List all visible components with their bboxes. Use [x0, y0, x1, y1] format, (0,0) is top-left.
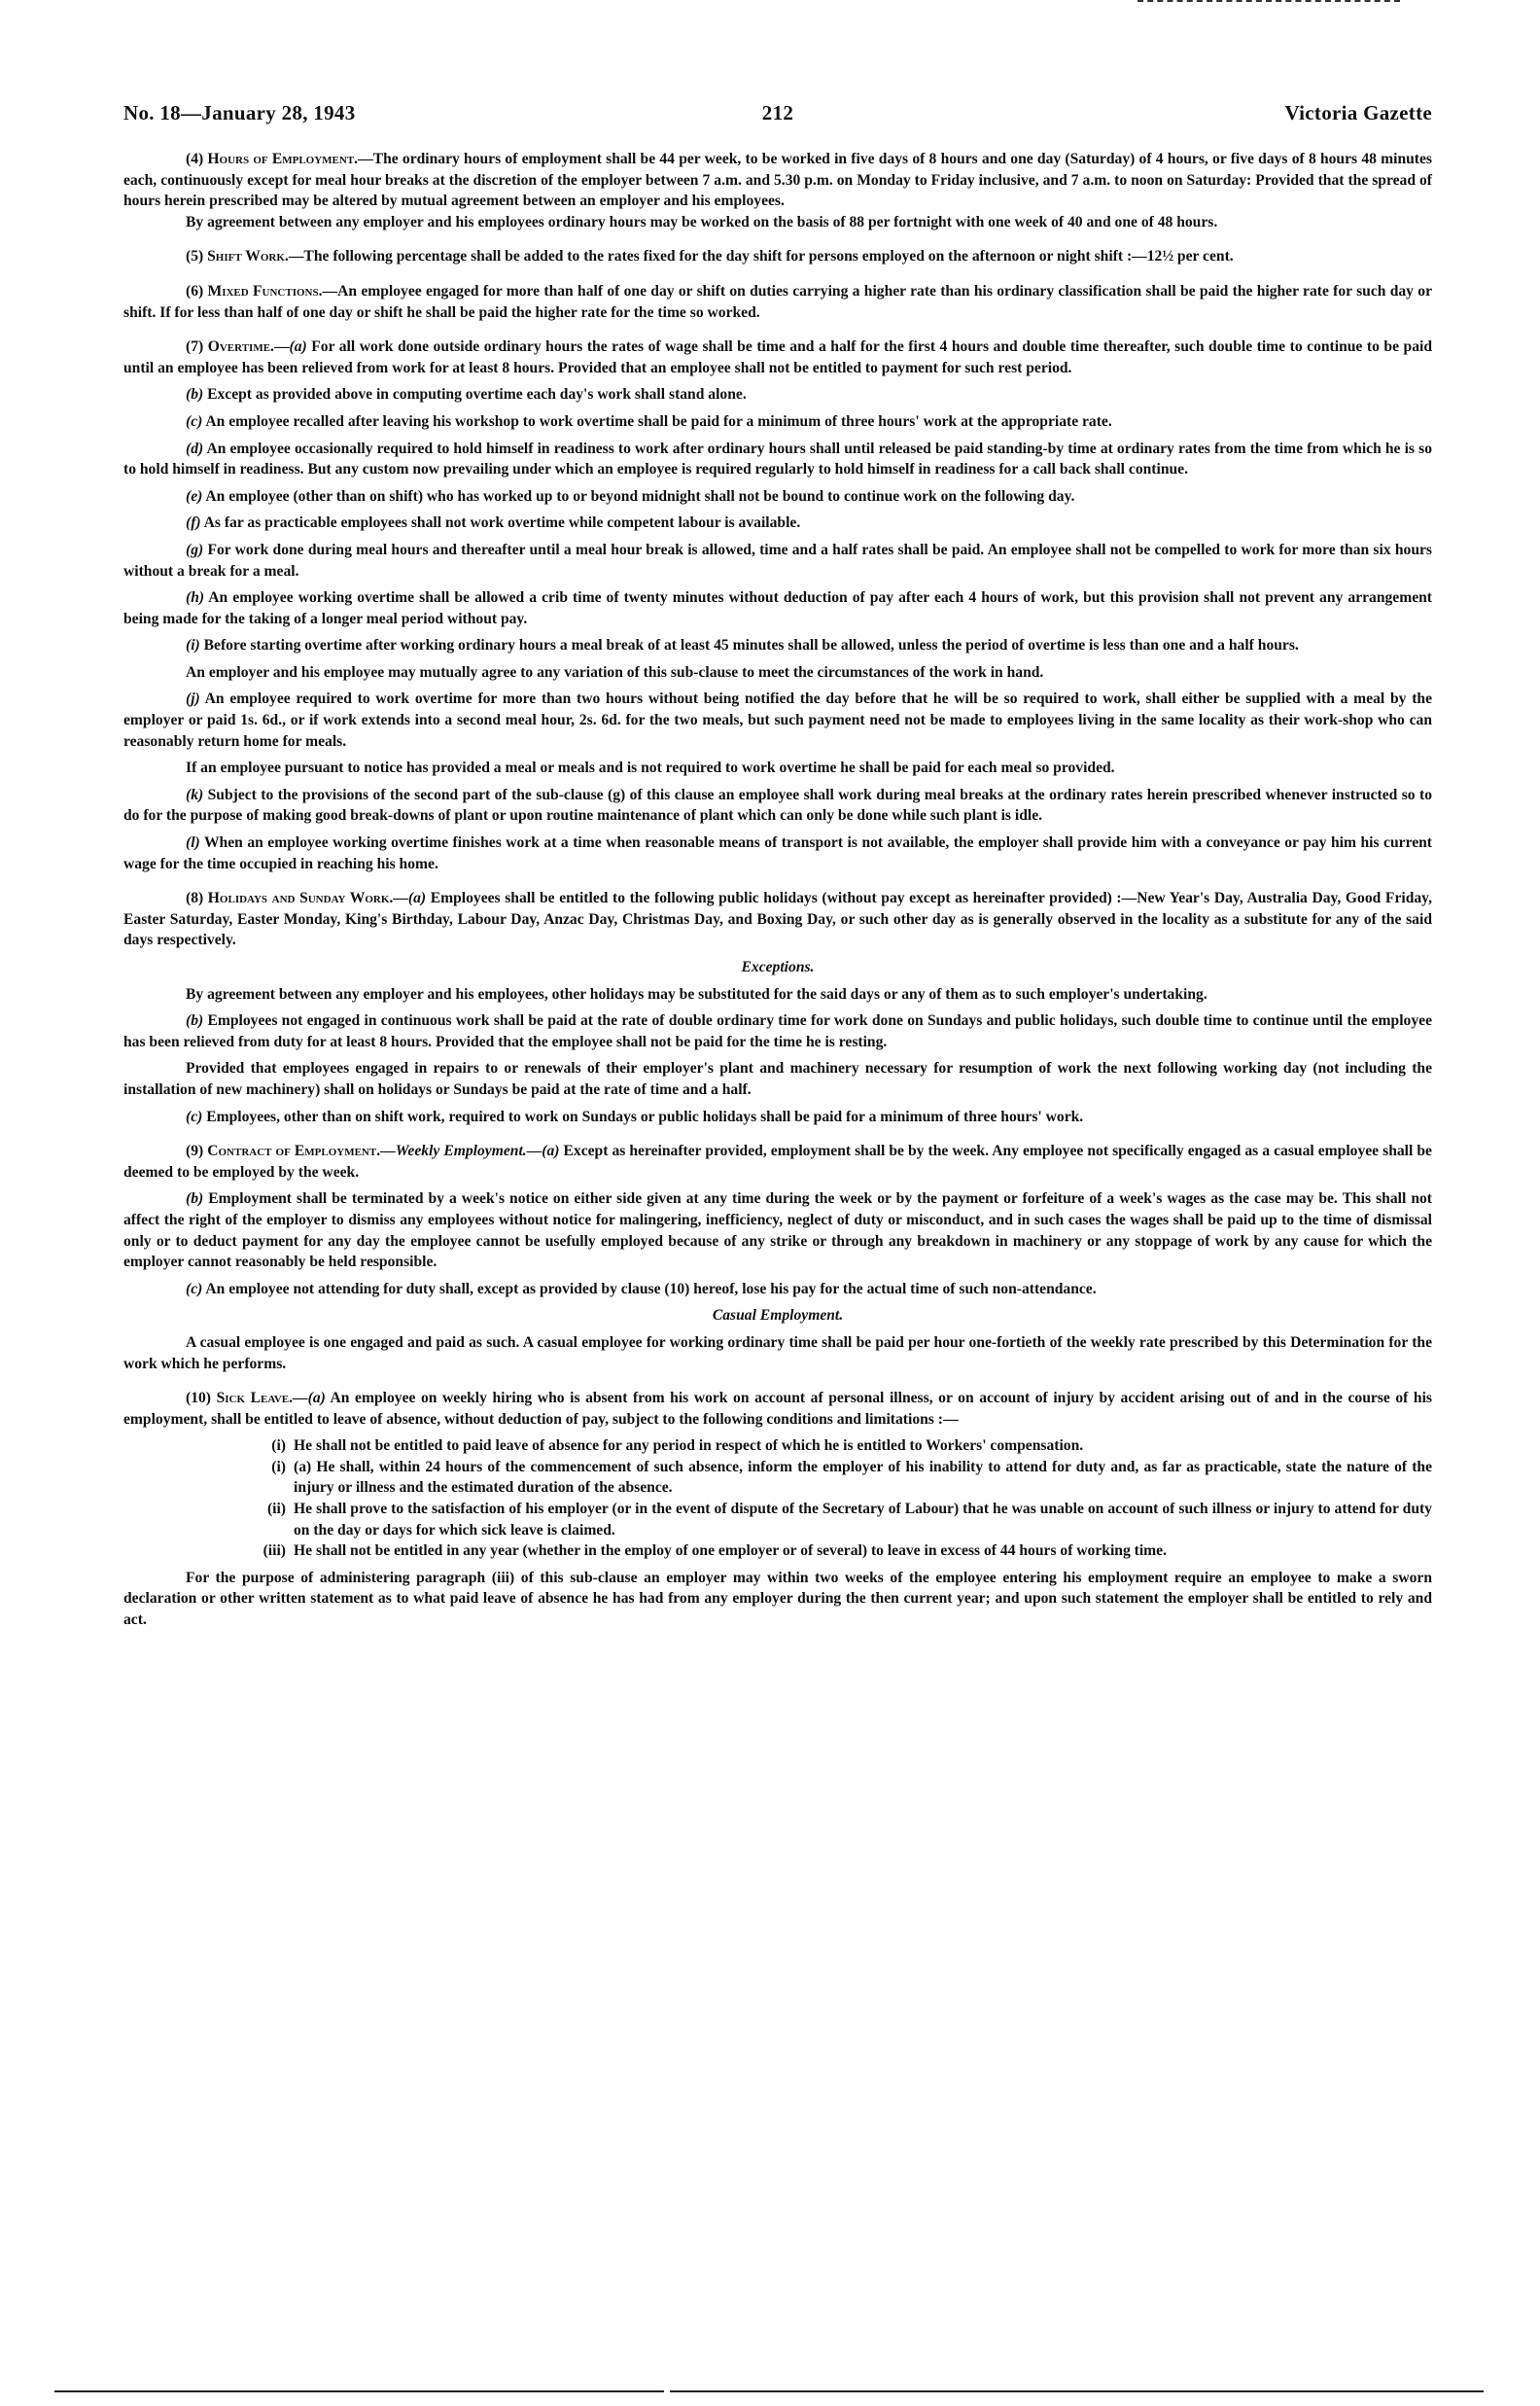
paragraph: Provided that employees engaged in repai… [123, 1058, 1432, 1100]
paragraph: (4) Hours of Employment.—The ordinary ho… [123, 149, 1432, 212]
paragraph: (8) Holidays and Sunday Work.—(a) Employ… [123, 888, 1432, 951]
section-overtime: (7) Overtime.—(a) For all work done outs… [123, 336, 1432, 874]
list-item: (i)He shall not be entitled to paid leav… [123, 1435, 1432, 1457]
paragraph: (f) As far as practicable employees shal… [123, 513, 1432, 534]
paragraph: (5) Shift Work.—The following percentage… [123, 246, 1432, 267]
paragraph: (7) Overtime.—(a) For all work done outs… [123, 336, 1432, 378]
section-heading: Sick Leave. [217, 1390, 293, 1406]
sick-leave-conditions: (i)He shall not be entitled to paid leav… [123, 1435, 1432, 1562]
paragraph: (i) Before starting overtime after worki… [123, 635, 1432, 656]
document-body: (4) Hours of Employment.—The ordinary ho… [123, 149, 1432, 1637]
paragraph: (b) Except as provided above in computin… [123, 384, 1432, 406]
section-heading: Holidays and Sunday Work. [208, 890, 394, 906]
list-item: (ii)He shall prove to the satisfaction o… [123, 1499, 1432, 1540]
paragraph: If an employee pursuant to notice has pr… [123, 758, 1432, 779]
section-hours-of-employment: (4) Hours of Employment.—The ordinary ho… [123, 149, 1432, 232]
rule-gap [664, 2389, 670, 2395]
section-heading: Mixed Functions. [207, 283, 322, 300]
paragraph: (b) Employees not engaged in continuous … [123, 1010, 1432, 1052]
footer-rule [54, 2390, 1484, 2392]
paragraph: (h) An employee working overtime shall b… [123, 587, 1432, 629]
section-heading: Overtime. [208, 338, 274, 355]
section-shift-work: (5) Shift Work.—The following percentage… [123, 246, 1432, 267]
paragraph: (c) An employee recalled after leaving h… [123, 411, 1432, 433]
paragraph: By agreement between any employer and hi… [123, 212, 1432, 233]
paragraph: (c) Employees, other than on shift work,… [123, 1107, 1432, 1128]
top-scan-marks [1137, 0, 1400, 5]
paragraph: (l) When an employee working overtime fi… [123, 832, 1432, 874]
page-header: No. 18—January 28, 1943 212 Victoria Gaz… [123, 101, 1432, 126]
subheading-casual-employment: Casual Employment. [123, 1305, 1432, 1327]
paragraph: (e) An employee (other than on shift) wh… [123, 486, 1432, 508]
paragraph: A casual employee is one engaged and pai… [123, 1332, 1432, 1374]
section-mixed-functions: (6) Mixed Functions.—An employee engaged… [123, 281, 1432, 323]
page-number: 212 [762, 101, 793, 125]
issue-date: No. 18—January 28, 1943 [123, 101, 356, 125]
section-heading: Hours of Employment. [207, 151, 358, 167]
section-heading: Contract of Employment. [207, 1143, 380, 1159]
subheading-exceptions: Exceptions. [123, 957, 1432, 978]
paragraph: (6) Mixed Functions.—An employee engaged… [123, 281, 1432, 323]
paragraph: (j) An employee required to work overtim… [123, 689, 1432, 752]
paragraph: By agreement between any employer and hi… [123, 984, 1432, 1006]
list-item: (iii)He shall not be entitled in any yea… [123, 1540, 1432, 1562]
paragraph: (g) For work done during meal hours and … [123, 540, 1432, 582]
list-item: (i)(a) He shall, within 24 hours of the … [123, 1457, 1432, 1499]
section-sick-leave: (10) Sick Leave.—(a) An employee on week… [123, 1388, 1432, 1631]
section-heading: Shift Work. [207, 248, 289, 265]
section-contract-of-employment: (9) Contract of Employment.—Weekly Emplo… [123, 1141, 1432, 1374]
publication-title: Victoria Gazette [1284, 101, 1432, 125]
section-holidays-and-sunday-work: (8) Holidays and Sunday Work.—(a) Employ… [123, 888, 1432, 1127]
paragraph: (10) Sick Leave.—(a) An employee on week… [123, 1388, 1432, 1430]
paragraph: (d) An employee occasionally required to… [123, 439, 1432, 480]
paragraph: (c) An employee not attending for duty s… [123, 1279, 1432, 1300]
paragraph: An employer and his employee may mutuall… [123, 662, 1432, 684]
paragraph: For the purpose of administering paragra… [123, 1568, 1432, 1631]
paragraph: (9) Contract of Employment.—Weekly Emplo… [123, 1141, 1432, 1183]
paragraph: (b) Employment shall be terminated by a … [123, 1188, 1432, 1272]
paragraph: (k) Subject to the provisions of the sec… [123, 785, 1432, 827]
